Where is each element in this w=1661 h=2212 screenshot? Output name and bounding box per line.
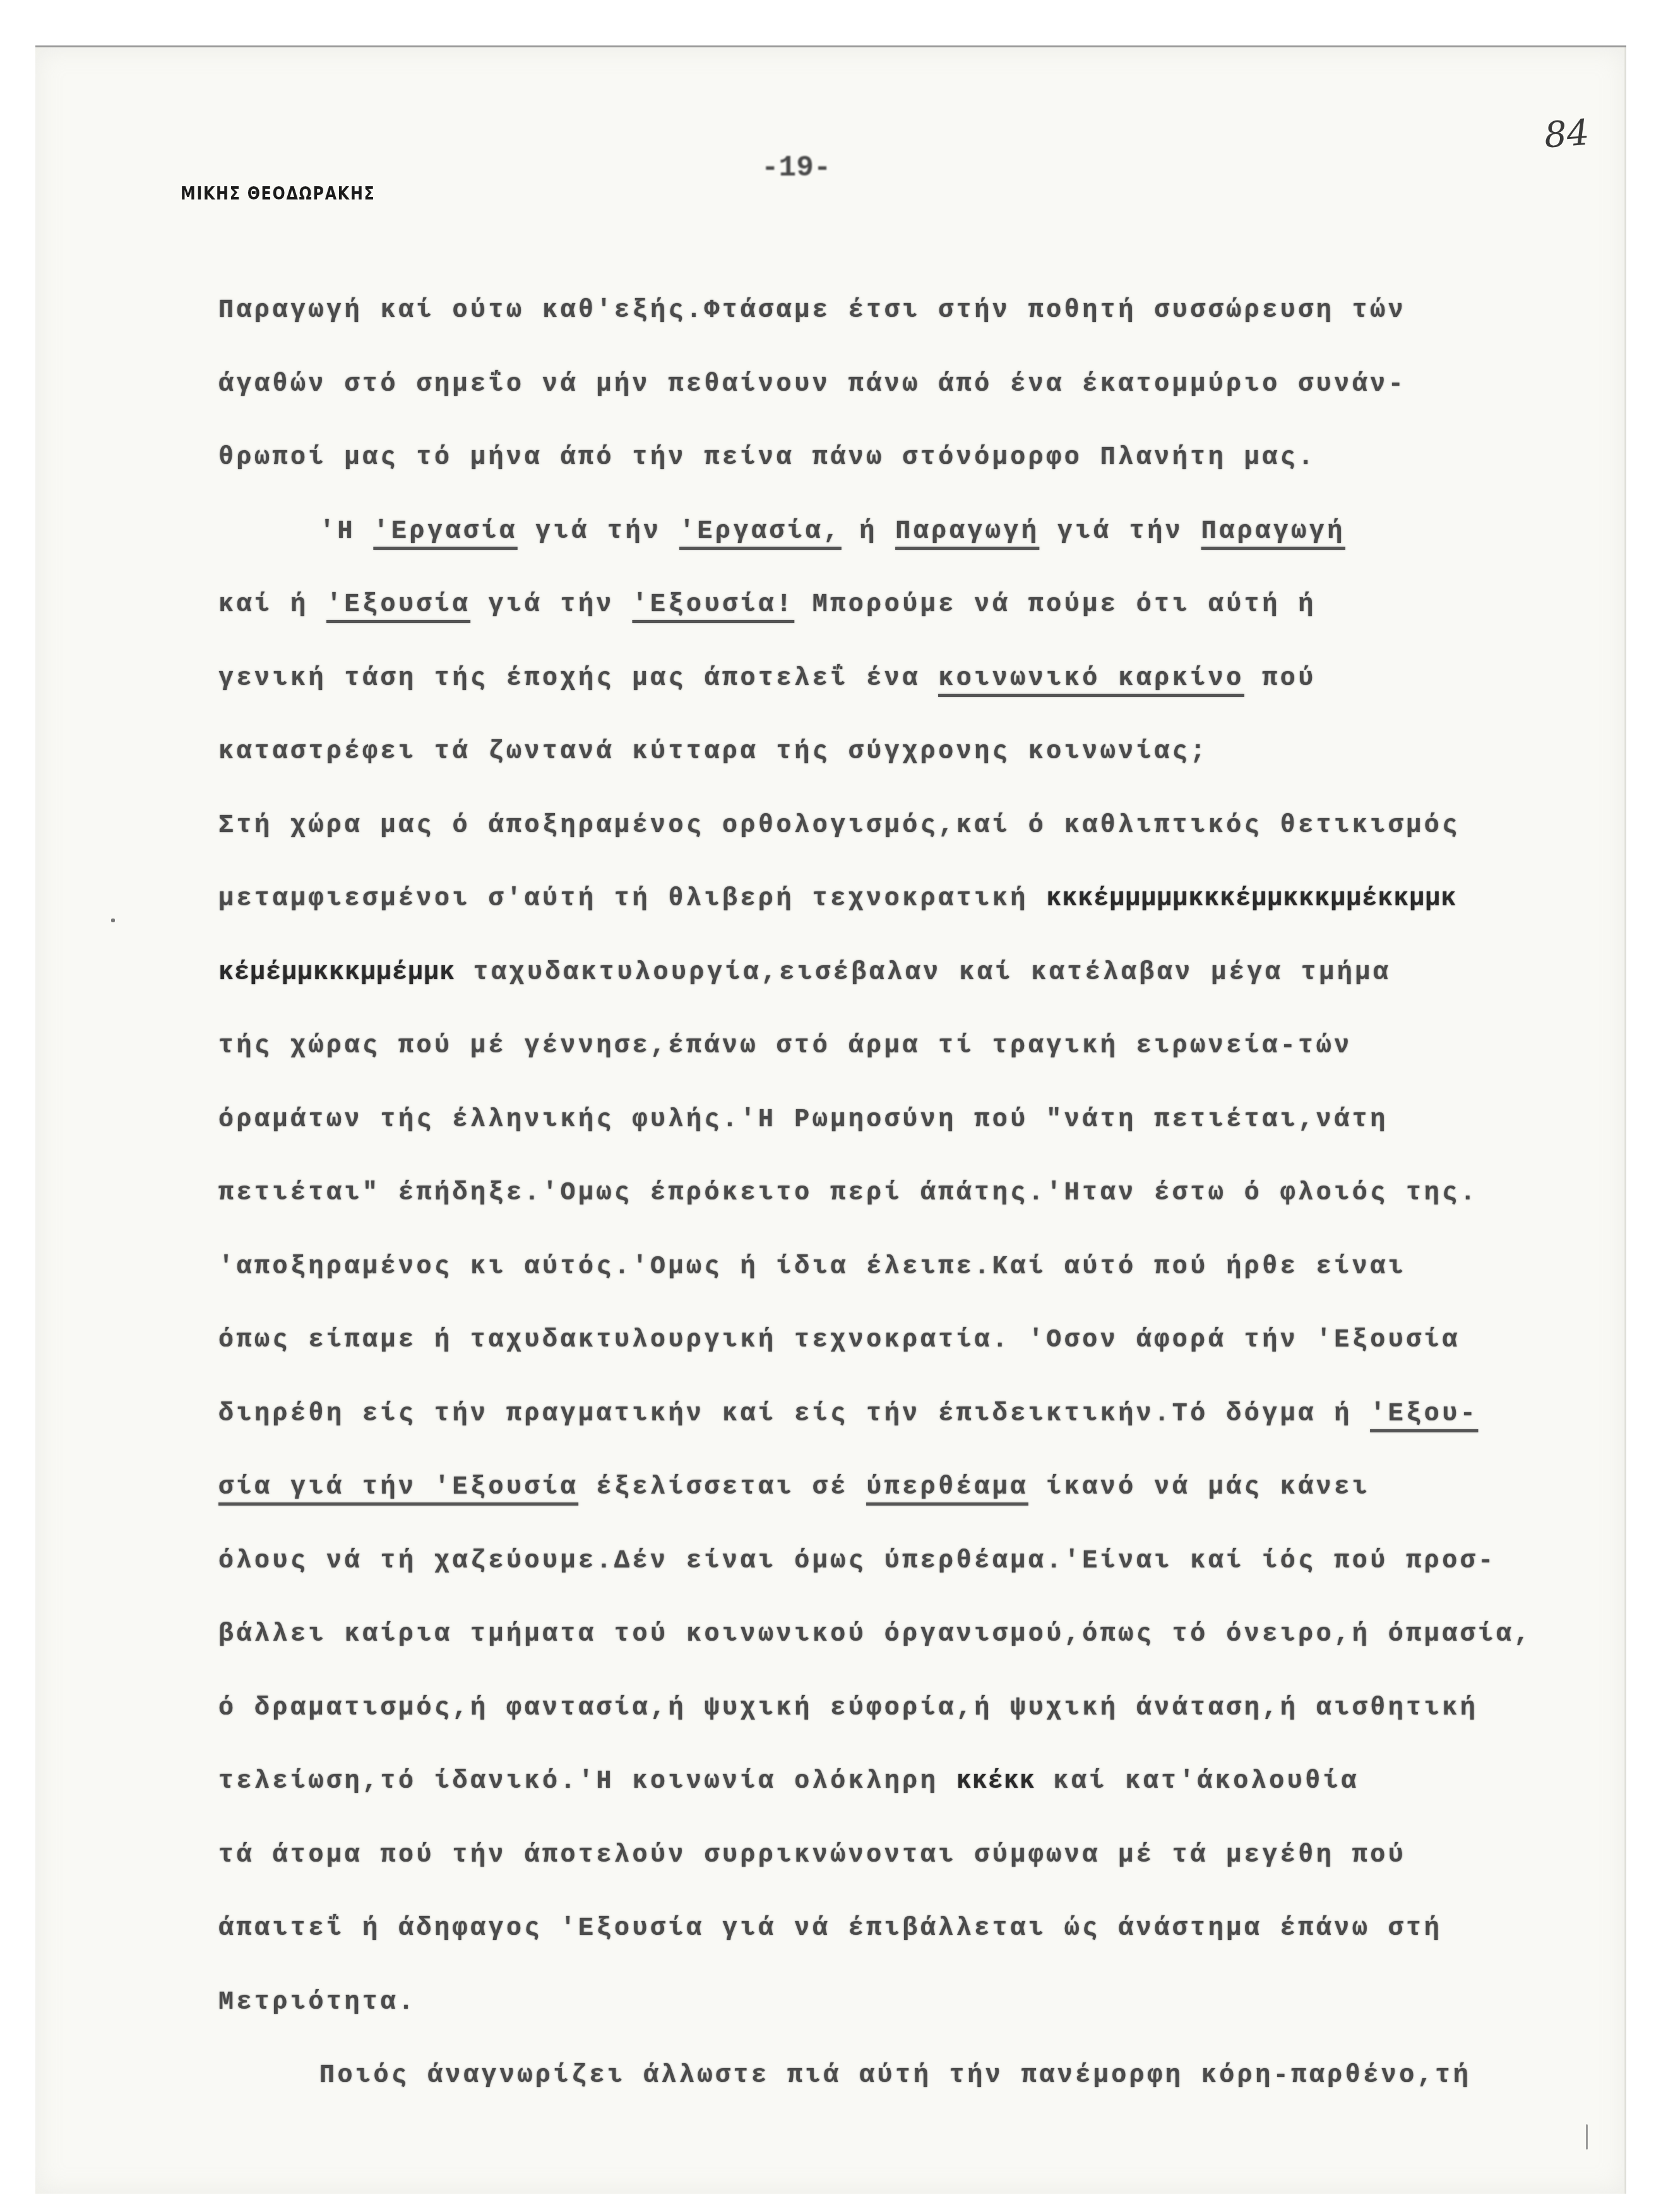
underlined-phrase: σία γιά τήν 'Εξουσία [218,1473,578,1502]
text-line-6: γενική τάση τής έποχής μας άποτελεΐ ένα … [218,665,1576,739]
document-page: ΜΙΚΗΣ ΘΕΟΔΩΡΑΚΗΣ -19- 84 Παραγωγή καί ού… [35,45,1626,2194]
text-line-13: πετιέται" έπήδηξε.'Ομως έπρόκειτο περί ά… [218,1179,1576,1253]
underlined-phrase: 'Εξουσία! [633,591,795,619]
text-line-12: όραμάτων τής έλληνικής φυλής.'Η Ρωμηοσύν… [218,1106,1576,1180]
struck-out-text: κκκέμμμμμκκκέμμκκκμμέκκμμκ [1046,885,1456,913]
struck-out-text: κκέκκ [956,1768,1035,1796]
text-line-22: τά άτομα πού τήν άποτελούν συρρικνώνοντα… [218,1841,1576,1915]
text-line-7: καταστρέφει τά ζωντανά κύτταρα τής σύγχρ… [218,738,1576,812]
text-line-19: βάλλει καίρια τμήματα τού κοινωνικού όργ… [218,1620,1576,1694]
text-line-21: τελείωση,τό ίδανικό.'Η κοινωνία ολόκληρη… [218,1768,1576,1841]
text-line-5: καί ή 'Εξουσία γιά τήν 'Εξουσία! Μπορούμ… [218,591,1576,665]
text-line-4: 'Η 'Εργασία γιά τήν 'Εργασία, ή Παραγωγή… [218,518,1576,592]
page-number: -19- [761,152,831,184]
text-line-10: κέμέμμκκκμμέμμκ ταχυδακτυλουργία,εισέβαλ… [218,959,1576,1033]
text-line-9: μεταμφιεσμένοι σ'αύτή τή θλιβερή τεχνοκρ… [218,885,1576,959]
text-line-25: Ποιός άναγνωρίζει άλλωστε πιά αύτή τήν π… [218,2062,1576,2136]
underlined-phrase: 'Εξου- [1370,1400,1478,1429]
text-line-11: τής χώρας πού μέ γέννησε,έπάνω στό άρμα … [218,1032,1576,1106]
struck-out-text: κέμέμμκκκμμέμμκ [218,959,455,987]
underlined-phrase: Παραγωγή [1201,518,1345,546]
text-line-8: Στή χώρα μας ό άποξηραμένος ορθολογισμός… [218,812,1576,886]
text-line-3: θρωποί μας τό μήνα άπό τήν πείνα πάνω στ… [218,444,1576,518]
underlined-phrase: 'Εργασία, [679,518,842,546]
typewritten-text-body: Παραγωγή καί ούτω καθ'εξής.Φτάσαμε έτσι … [218,297,1576,2136]
text-line-2: άγαθών στό σημεΐο νά μήν πεθαίνουν πάνω … [218,371,1576,444]
underlined-phrase: 'Εργασία [374,518,518,546]
text-line-14: 'αποξηραμένος κι αύτός.'Ομως ή ίδια έλει… [218,1253,1576,1327]
underlined-phrase: 'Εξουσία [326,591,470,619]
scan-speck [111,919,115,922]
text-line-1: Παραγωγή καί ούτω καθ'εξής.Φτάσαμε έτσι … [218,297,1576,371]
underlined-phrase: κοινωνικό καρκίνο [938,665,1244,693]
text-line-23: άπαιτεΐ ή άδηφαγος 'Εξουσία γιά νά έπιβά… [218,1915,1576,1989]
text-line-24: Μετριότητα. [218,1989,1576,2062]
handwritten-archive-number: 84 [1543,112,1591,157]
underlined-phrase: Παραγωγή [895,518,1039,546]
text-line-16: διηρέθη είς τήν πραγματικήν καί είς τήν … [218,1400,1576,1474]
scan-mark [1586,2124,1588,2150]
text-line-18: όλους νά τή χαζεύουμε.Δέν είναι όμως ύπε… [218,1547,1576,1621]
page-edge [1624,47,1626,2194]
underlined-phrase: ύπερθέαμα [866,1473,1028,1502]
author-header: ΜΙΚΗΣ ΘΕΟΔΩΡΑΚΗΣ [181,183,376,204]
text-line-17: σία γιά τήν 'Εξουσία έξελίσσεται σέ ύπερ… [218,1473,1576,1547]
text-line-20: ό δραματισμός,ή φαντασία,ή ψυχική εύφορί… [218,1694,1576,1768]
text-line-15: όπως είπαμε ή ταχυδακτυλουργική τεχνοκρα… [218,1326,1576,1400]
